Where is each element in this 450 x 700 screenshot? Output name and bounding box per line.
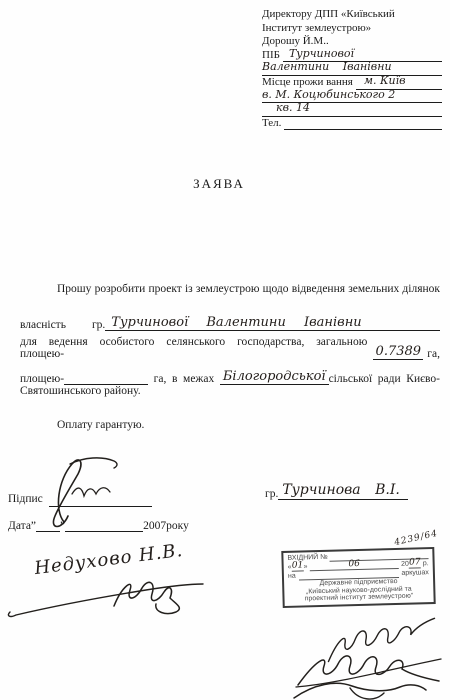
pib-field-line-2: Валентини Іванівни xyxy=(262,61,442,76)
incoming-stamp: 4239/64 ВХІДНИЙ № « 01 » 06 20 07 р. на … xyxy=(281,547,435,608)
ploshcheyu-label: площею- xyxy=(20,373,64,385)
residence-field-line-3: кв. 14 xyxy=(262,102,442,117)
gr-name-line: Турчинова В.І. xyxy=(278,481,408,500)
body-word-ha-1: га, xyxy=(427,348,440,360)
residence-handwritten-1: м. Київ xyxy=(356,74,406,87)
residence-handwritten-2: в. М. Коцюбинського 2 xyxy=(262,88,395,101)
date-day-blank xyxy=(36,519,60,532)
village-council-group: Білогородськоїсільської xyxy=(220,369,372,385)
owner-name-line: Турчинової Валентини Іванівни xyxy=(105,315,440,331)
pib-handwritten-1: Турчинової xyxy=(283,47,354,60)
signature-label: Підпис xyxy=(8,493,43,505)
stamp-year-line: 07 xyxy=(409,558,421,568)
scanned-application-document: Директору ДПП «Київський Інститут землеу… xyxy=(0,0,450,700)
body-line-2: власність гр. Турчинової Валентини Івані… xyxy=(20,307,440,331)
council-name-handwritten: Білогородської xyxy=(220,369,329,384)
payment-guarantee-text: Оплату гарантую. xyxy=(57,419,144,431)
stamp-sheets-prefix: на xyxy=(288,573,296,581)
owner-name-handwritten: Турчинової Валентини Іванівни xyxy=(105,315,361,330)
phone-field-line xyxy=(284,116,442,131)
document-title: ЗАЯВА xyxy=(0,176,438,192)
stamp-month-handwritten: 06 xyxy=(348,559,360,569)
phone-field: Тел. xyxy=(262,117,442,131)
gr-name-handwritten: Турчинова В.І. xyxy=(278,482,399,498)
pib-handwritten-2: Валентини Іванівни xyxy=(262,60,392,73)
council-name-line: Білогородської xyxy=(220,369,329,385)
stamp-year-handwritten: 07 xyxy=(409,557,421,567)
body-line-5: Святошинського району. xyxy=(20,385,440,409)
body-word-mezhakh: межах xyxy=(183,373,214,385)
stamp-sheets-suffix: аркушах xyxy=(401,569,429,578)
date-field: Дата” ” 2007року xyxy=(8,519,189,532)
body-word-rady: ради xyxy=(378,373,401,385)
body-word-ha-2: га, xyxy=(154,373,167,385)
total-area-handwritten: 0.7389 xyxy=(376,344,422,359)
residence-field-3: кв. 14 xyxy=(262,103,442,117)
stamp-year-print: 20 xyxy=(401,561,409,569)
body-word-silskoyi: сільської xyxy=(329,373,373,385)
recipient-block: Директору ДПП «Київський Інститут землеу… xyxy=(262,8,442,130)
area-blank-line xyxy=(64,372,148,385)
body-word-v: в xyxy=(172,373,177,385)
stamp-year-suffix: р. xyxy=(423,560,429,568)
body-line-1: Прошу розробити проект із землеустрою що… xyxy=(20,283,440,307)
signature-scribble-3 xyxy=(292,680,428,700)
date-year-text: 2007року xyxy=(143,520,189,532)
gr-label: гр. xyxy=(265,488,278,500)
stamp-quote-close: » xyxy=(304,563,308,571)
stamp-day-handwritten: 01 xyxy=(292,560,304,570)
gr-signature-field: гр. Турчинова В.І. xyxy=(265,481,408,500)
body-word-ploshcheyu: площею- xyxy=(20,372,148,385)
body-line-3: для ведення особистого селянського госпо… xyxy=(20,336,440,360)
date-month-blank xyxy=(65,519,143,532)
recipient-line-1: Директору ДПП «Київський xyxy=(262,8,442,22)
body-line-3-text: для ведення особистого селянського госпо… xyxy=(20,336,373,360)
total-area-line: 0.7389 xyxy=(373,344,423,360)
residence-handwritten-3: кв. 14 xyxy=(262,101,310,114)
body-line-4: площею- га, в межах Білогородськоїсільсь… xyxy=(20,361,440,385)
bottom-left-handwritten-note: Недухово Н.В. xyxy=(33,540,184,579)
date-label: Дата” xyxy=(8,520,36,532)
bottom-left-flourish-scribble xyxy=(6,578,206,620)
body-word-gr: гр. xyxy=(92,319,105,331)
body-word-vlasnist: власність xyxy=(20,319,66,331)
body-word-kyevo: Києво- xyxy=(406,373,440,385)
pib-field-2: Валентини Іванівни xyxy=(262,62,442,76)
stamp-day-line: 01 xyxy=(291,561,303,571)
stamp-number-handwritten: 4239/64 xyxy=(393,530,438,547)
phone-label: Тел. xyxy=(262,117,281,131)
recipient-line-2: Інститут землеустрою» xyxy=(262,22,442,36)
